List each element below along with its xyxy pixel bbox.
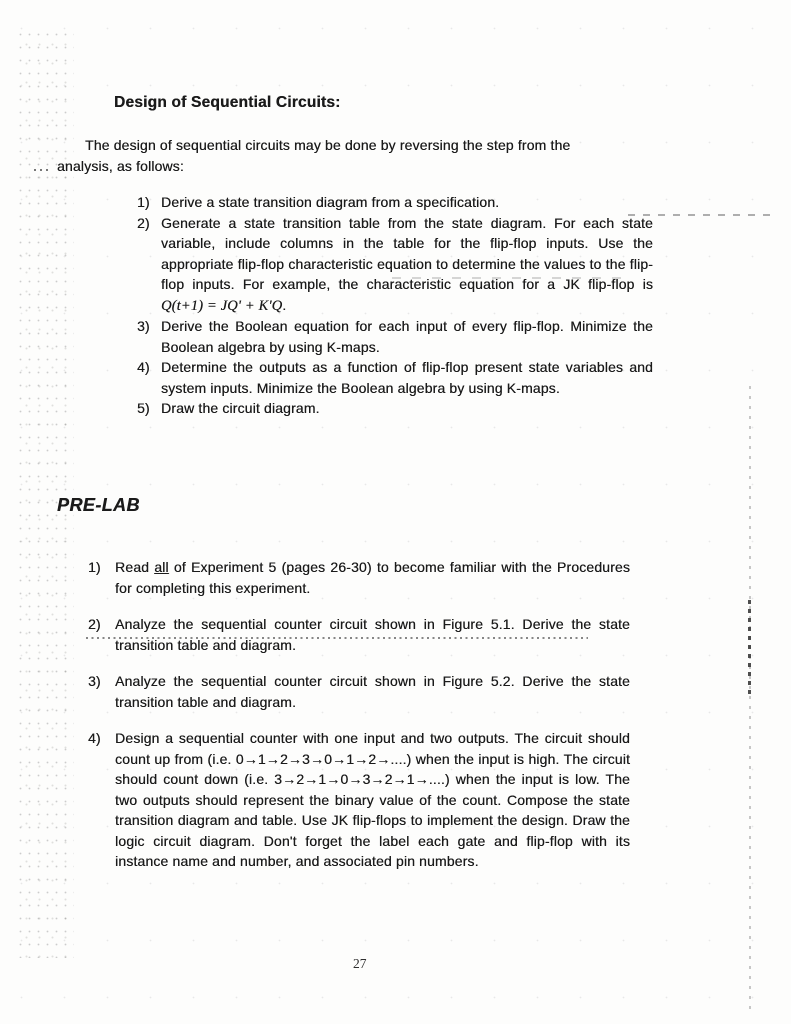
item-number: 1) [88,557,115,578]
item-text: Read all of Experiment 5 (pages 26-30) t… [115,557,630,598]
item-text: Analyze the sequential counter circuit s… [115,614,630,655]
item-number: 2) [88,614,115,635]
intro-paragraph: The design of sequential circuits may be… [57,135,642,177]
item-text-before-equation: Generate a state transition table from t… [161,215,653,293]
item-text-post: of Experiment 5 (pages 26-30) to become … [115,559,630,596]
design-steps-list: 1) Derive a state transition diagram fro… [137,192,653,419]
list-item: 3) Analyze the sequential counter circui… [88,671,630,712]
section-heading-prelab: PRE-LAB [57,495,140,516]
item-text: Derive a state transition diagram from a… [161,192,653,213]
item-text: Design a sequential counter with one inp… [115,728,630,872]
jk-characteristic-equation: Q(t+1) = JQ' + K'Q [161,298,282,314]
list-item: 1) Read all of Experiment 5 (pages 26-30… [88,557,630,598]
item-text: Generate a state transition table from t… [161,213,653,317]
scan-dotted-vertical-line [749,386,751,1016]
list-item: 4) Design a sequential counter with one … [88,728,630,872]
item-number: 3) [88,671,115,692]
list-item: 1) Derive a state transition diagram fro… [137,192,653,213]
item-number: 5) [137,398,161,419]
scanned-document-page: Design of Sequential Circuits: The desig… [0,0,791,1024]
item-text: Analyze the sequential counter circuit s… [115,671,630,712]
item-text-after-equation: . [282,297,286,313]
intro-line-1: The design of sequential circuits may be… [57,135,642,156]
scan-dots-artifact-left [34,169,50,171]
section-heading-design: Design of Sequential Circuits: [114,94,340,112]
list-item: 2) Analyze the sequential counter circui… [88,614,630,655]
prelab-tasks-list: 1) Read all of Experiment 5 (pages 26-30… [88,557,630,888]
list-item: 4) Determine the outputs as a function o… [137,357,653,398]
item-number: 3) [137,316,161,337]
item-number: 4) [137,357,161,378]
page-number: 27 [353,956,367,972]
item-text: Draw the circuit diagram. [161,398,653,419]
item-text-pre: Read [115,559,154,575]
intro-line-2: analysis, as follows: [57,156,642,177]
underlined-word-all: all [154,559,168,575]
item-number: 2) [137,213,161,234]
list-item: 5) Draw the circuit diagram. [137,398,653,419]
item-text: Derive the Boolean equation for each inp… [161,316,653,357]
item-number: 1) [137,192,161,213]
item-text: Determine the outputs as a function of f… [161,357,653,398]
item-number: 4) [88,728,115,749]
list-item: 3) Derive the Boolean equation for each … [137,316,653,357]
list-item: 2) Generate a state transition table fro… [137,213,653,317]
scan-dotted-vertical-line-dark-segment [748,600,751,696]
